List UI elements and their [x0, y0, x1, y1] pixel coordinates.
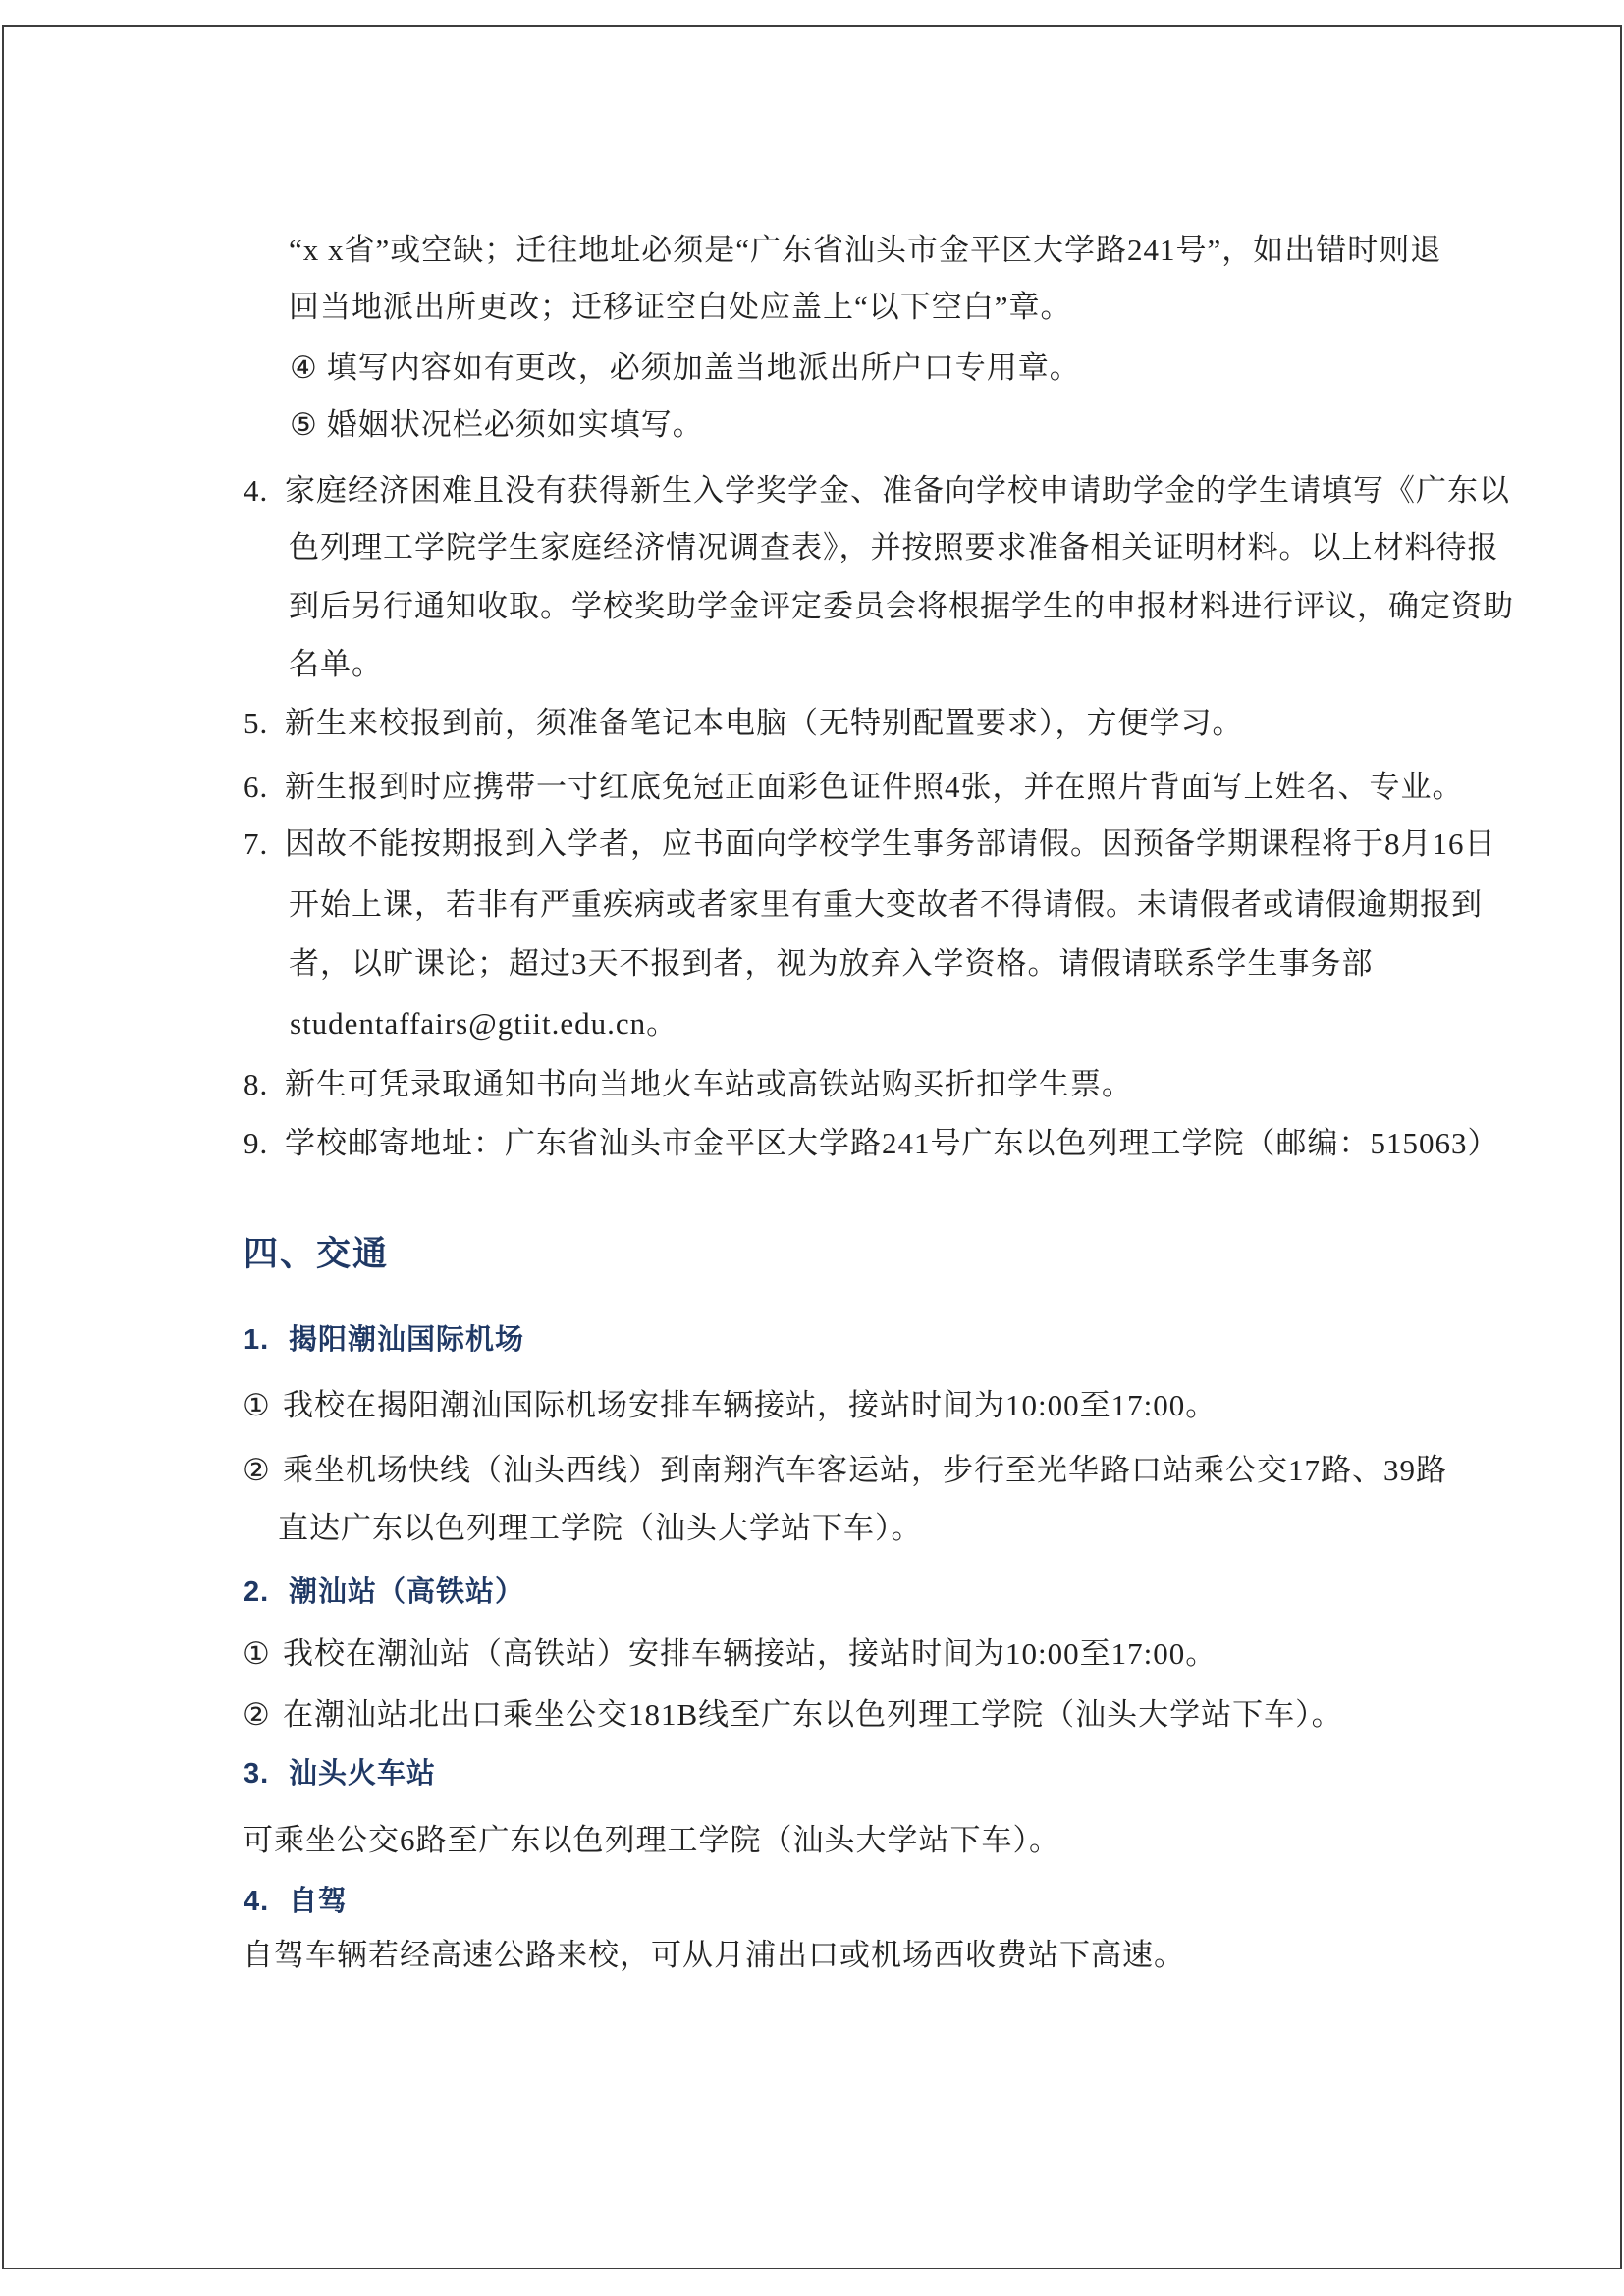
list-item-8: 8.新生可凭录取通知书向当地火车站或高铁站购买折扣学生票。: [0, 1055, 1624, 1114]
subsection-number: 3.: [244, 1744, 269, 1803]
traffic-item: ②在潮汕站北出口乘坐公交181B线至广东以色列理工学院（汕头大学站下车）。: [0, 1685, 1624, 1744]
list-item-4: 4.家庭经济困难且没有获得新生入学奖学金、准备向学校申请助学金的学生请填写《广东…: [0, 461, 1624, 520]
list-item-number: 9.: [244, 1114, 268, 1173]
traffic-item-text: 在潮汕站北出口乘坐公交181B线至广东以色列理工学院（汕头大学站下车）。: [283, 1685, 1343, 1744]
list-item-5: 5.新生来校报到前，须准备笔记本电脑（无特别配置要求），方便学习。: [0, 694, 1624, 753]
sub-note-4: ④填写内容如有更改，必须加盖当地派出所户口专用章。: [0, 339, 1624, 398]
traffic-paragraph: 自驾车辆若经高速公路来校，可从月浦出口或机场西收费站下高速。: [0, 1926, 1624, 1985]
circled-number-icon: ②: [243, 1441, 271, 1500]
traffic-item: ②乘坐机场快线（汕头西线）到南翔汽车客运站，步行至光华路口站乘公交17路、39路: [0, 1441, 1624, 1500]
sub-note-text: 填写内容如有更改，必须加盖当地派出所户口专用章。: [327, 339, 1081, 398]
subsection-title-text: 自驾: [289, 1872, 348, 1931]
list-item-7-line: 开始上课，若非有严重疾病或者家里有重大变故者不得请假。未请假者或请假逾期报到: [0, 876, 1624, 934]
traffic-item: ①我校在揭阳潮汕国际机场安排车辆接站，接站时间为10:00至17:00。: [0, 1376, 1624, 1435]
contact-email: studentaffairs@gtiit.edu.cn。: [0, 994, 1624, 1053]
circled-number-icon: ①: [243, 1625, 271, 1683]
list-item-4-line: 到后另行通知收取。学校奖助学金评定委员会将根据学生的申报材料进行评议，确定资助: [0, 577, 1624, 636]
traffic-item: ①我校在潮汕站（高铁站）安排车辆接站，接站时间为10:00至17:00。: [0, 1625, 1624, 1683]
sub-note-5: ⑤婚姻状况栏必须如实填写。: [0, 396, 1624, 454]
carryover-line: “x x省”或空缺；迁往地址必须是“广东省汕头市金平区大学路241号”，如出错时…: [0, 221, 1624, 280]
subsection-title-self-driving: 4.自驾: [0, 1872, 1624, 1931]
list-item-4-line: 名单。: [0, 635, 1624, 694]
traffic-item-text: 我校在潮汕站（高铁站）安排车辆接站，接站时间为10:00至17:00。: [283, 1625, 1217, 1683]
list-item-number: 6.: [244, 758, 268, 817]
section-heading-traffic: 四、交通: [0, 1225, 1624, 1284]
list-item-text: 新生报到时应携带一寸红底免冠正面彩色证件照4张，并在照片背面写上姓名、专业。: [285, 758, 1464, 817]
list-item-7: 7.因故不能按期报到入学者，应书面向学校学生事务部请假。因预备学期课程将于8月1…: [0, 815, 1624, 874]
subsection-number: 2.: [244, 1563, 269, 1622]
subsection-title-railway-station: 3.汕头火车站: [0, 1744, 1624, 1803]
list-item-text: 学校邮寄地址：广东省汕头市金平区大学路241号广东以色列理工学院（邮编：5150…: [285, 1114, 1499, 1173]
subsection-title-text: 潮汕站（高铁站）: [289, 1563, 524, 1622]
subsection-title-text: 揭阳潮汕国际机场: [289, 1310, 524, 1369]
carryover-line: 回当地派出所更改；迁移证空白处应盖上“以下空白”章。: [0, 278, 1624, 337]
subsection-title-hsr-station: 2.潮汕站（高铁站）: [0, 1563, 1624, 1622]
list-item-9: 9.学校邮寄地址：广东省汕头市金平区大学路241号广东以色列理工学院（邮编：51…: [0, 1114, 1624, 1173]
subsection-number: 1.: [244, 1310, 269, 1369]
traffic-paragraph: 可乘坐公交6路至广东以色列理工学院（汕头大学站下车）。: [0, 1811, 1624, 1870]
traffic-item-text: 我校在揭阳潮汕国际机场安排车辆接站，接站时间为10:00至17:00。: [283, 1376, 1217, 1435]
subsection-title-airport: 1.揭阳潮汕国际机场: [0, 1310, 1624, 1369]
list-item-6: 6.新生报到时应携带一寸红底免冠正面彩色证件照4张，并在照片背面写上姓名、专业。: [0, 758, 1624, 817]
circled-number-icon: ①: [243, 1376, 271, 1435]
subsection-number: 4.: [244, 1872, 269, 1931]
traffic-item-text: 乘坐机场快线（汕头西线）到南翔汽车客运站，步行至光华路口站乘公交17路、39路: [283, 1441, 1447, 1500]
circled-number-icon: ⑤: [290, 396, 318, 454]
subsection-title-text: 汕头火车站: [289, 1744, 436, 1803]
list-item-7-line: 者，以旷课论；超过3天不报到者，视为放弃入学资格。请假请联系学生事务部: [0, 934, 1624, 993]
list-item-text: 因故不能按期报到入学者，应书面向学校学生事务部请假。因预备学期课程将于8月16日: [285, 815, 1496, 874]
traffic-item-line: 直达广东以色列理工学院（汕头大学站下车）。: [0, 1499, 1624, 1558]
list-item-number: 5.: [244, 694, 268, 753]
list-item-text: 新生可凭录取通知书向当地火车站或高铁站购买折扣学生票。: [285, 1055, 1133, 1114]
list-item-number: 7.: [244, 815, 268, 874]
list-item-text: 家庭经济困难且没有获得新生入学奖学金、准备向学校申请助学金的学生请填写《广东以: [285, 461, 1510, 520]
list-item-text: 新生来校报到前，须准备笔记本电脑（无特别配置要求），方便学习。: [285, 694, 1244, 753]
circled-number-icon: ②: [243, 1685, 271, 1744]
list-item-number: 4.: [244, 461, 268, 520]
list-item-number: 8.: [244, 1055, 268, 1114]
list-item-4-line: 色列理工学院学生家庭经济情况调查表》，并按照要求准备相关证明材料。以上材料待报: [0, 518, 1624, 577]
sub-note-text: 婚姻状况栏必须如实填写。: [327, 396, 704, 454]
circled-number-icon: ④: [290, 339, 318, 398]
